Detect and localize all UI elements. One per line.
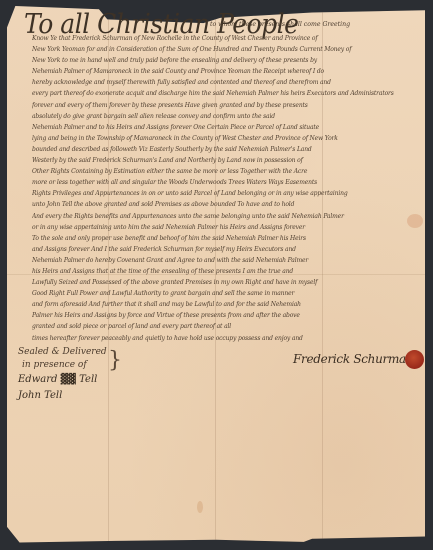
body-line: New York to me in hand well and truly pa… [32,55,414,66]
body-line: Palmer his Heirs and Assigns by force an… [32,310,414,321]
body-line: absolutely do give grant bargain sell al… [32,111,414,122]
body-line: Know Ye that Frederick Schurman of New R… [32,33,414,44]
body-line: Rights Privileges and Appurtenances in o… [32,188,414,199]
body-line: and Assigns forever And I the said Frede… [32,244,414,255]
witness-name-1: Edward ▓▓ Tell [18,372,128,388]
heading-continuation: to whom these presents shall come Greeti… [210,21,415,28]
wax-seal-icon [405,350,424,369]
body-line: granted and sold piece or parcel of land… [32,321,414,332]
body-line: Nehemiah Palmer of Mamaroneck in the sai… [32,66,414,77]
body-line: Westerly by the said Frederick Schurman'… [32,155,414,166]
body-line: times hereafter forever peaceably and qu… [32,333,414,344]
grantor-signature: Frederick Schurman [293,352,413,366]
body-line: or in any wise appertaining unto him the… [32,222,414,233]
body-line: Nehemiah Palmer do hereby Covenant Grant… [32,255,414,266]
body-line: every part thereof do exonerate acquit a… [32,88,414,99]
body-line: bounded and described as followeth Viz E… [32,144,414,155]
witness-name-2: John Tell [18,388,128,404]
deed-body-text: Know Ye that Frederick Schurman of New R… [32,33,414,344]
body-line: forever and every of them forever by the… [32,100,414,111]
body-line: his Heirs and Assigns that at the time o… [32,266,414,277]
body-line: Other Rights Containing by Estimation ei… [32,166,414,177]
body-line: Nehemiah Palmer and to his Heirs and Ass… [32,122,414,133]
body-line: Good Right Full Power and Lawful Authori… [32,288,414,299]
body-line: And every the Rights benefits and Appurt… [32,211,414,222]
body-line: lying and being in the Township of Mamar… [32,133,414,144]
stain-mark [197,501,203,513]
body-line: more or less together with all and singu… [32,177,414,188]
body-line: and form aforesaid And further that it s… [32,299,414,310]
body-line: New York Yeoman for and in Consideration… [32,44,414,55]
witness-brace: } [108,348,122,373]
body-line: hereby acknowledge and myself therewith … [32,77,414,88]
body-line: To the sole and only proper use benefit … [32,233,414,244]
body-line: Lawfully Seized and Possessed of the abo… [32,277,414,288]
body-line: unto John Tell the above granted and sol… [32,199,414,210]
